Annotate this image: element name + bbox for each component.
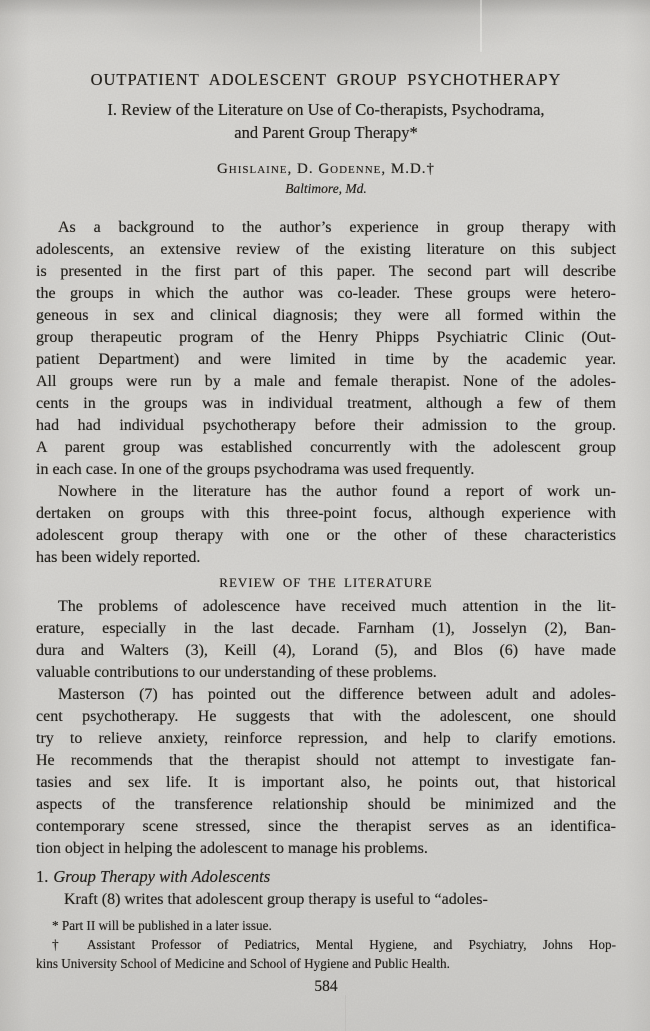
text-line: is presented in the first part of this p… — [36, 261, 616, 283]
text-line: Kraft (8) writes that adolescent group t… — [36, 889, 616, 911]
text-line: * Part II will be published in a later i… — [36, 916, 616, 935]
article-subtitle: I. Review of the Literature on Use of Co… — [36, 98, 616, 144]
article-subtitle-line-1: I. Review of the Literature on Use of Co… — [36, 98, 616, 121]
text-line: try to relieve anxiety, reinforce repres… — [36, 728, 616, 750]
paragraph-focus: Nowhere in the literature has the author… — [36, 481, 616, 569]
subsection-number: 1. — [36, 867, 48, 886]
scan-artifact-line-bottom — [345, 995, 346, 1031]
author-name: Ghislaine, D. Godenne, M.D.† — [36, 160, 616, 178]
footnote-dagger: † Assistant Professor of Pediatrics, Men… — [36, 935, 616, 973]
text-line: erature, especially in the last decade. … — [36, 618, 616, 640]
scanned-journal-page: OUTPATIENT ADOLESCENT GROUP PSYCHOTHERAP… — [0, 0, 650, 1031]
text-line: He recommends that the therapist should … — [36, 750, 616, 772]
text-line: A parent group was established concurren… — [36, 437, 616, 459]
text-line: had had individual psychotherapy before … — [36, 415, 616, 437]
text-line: As a background to the author’s experien… — [36, 217, 616, 239]
text-line: cents in the groups was in individual tr… — [36, 393, 616, 415]
text-line: aspects of the transference relationship… — [36, 794, 616, 816]
article-title: OUTPATIENT ADOLESCENT GROUP PSYCHOTHERAP… — [36, 70, 616, 90]
text-line: adolescent group therapy with one or the… — [36, 525, 616, 547]
text-line: valuable contributions to our understand… — [36, 662, 616, 684]
text-line: patient Department) and were limited in … — [36, 349, 616, 371]
footnotes-block: * Part II will be published in a later i… — [36, 916, 616, 973]
subsection-heading-group-therapy: 1.Group Therapy with Adolescents — [36, 866, 616, 887]
text-line: Nowhere in the literature has the author… — [36, 481, 616, 503]
text-line: tasies and sex life. It is important als… — [36, 772, 616, 794]
paragraph-kraft: Kraft (8) writes that adolescent group t… — [36, 889, 616, 911]
text-line: tion object in helping the adolescent to… — [36, 838, 616, 860]
paragraph-introduction: As a background to the author’s experien… — [36, 217, 616, 481]
section-heading-review-of-literature: REVIEW OF THE LITERATURE — [36, 574, 616, 591]
text-line: kins University School of Medicine and S… — [36, 954, 616, 973]
text-line: adolescents, an extensive review of the … — [36, 239, 616, 261]
text-line: the groups in which the author was co-le… — [36, 283, 616, 305]
text-line: in each case. In one of the groups psych… — [36, 459, 616, 481]
text-line: † Assistant Professor of Pediatrics, Men… — [36, 935, 616, 954]
text-line: group therapeutic program of the Henry P… — [36, 327, 616, 349]
text-line: cent psychotherapy. He suggests that wit… — [36, 706, 616, 728]
subsection-title: Group Therapy with Adolescents — [53, 867, 270, 886]
text-column: OUTPATIENT ADOLESCENT GROUP PSYCHOTHERAP… — [36, 0, 616, 995]
author-location: Baltimore, Md. — [36, 180, 616, 197]
paragraph-masterson: Masterson (7) has pointed out the differ… — [36, 684, 616, 860]
paragraph-literature-overview: The problems of adolescence have receive… — [36, 596, 616, 684]
text-line: contemporary scene stressed, since the t… — [36, 816, 616, 838]
text-line: The problems of adolescence have receive… — [36, 596, 616, 618]
text-line: geneous in sex and clinical diagnosis; t… — [36, 305, 616, 327]
text-line: dertaken on groups with this three-point… — [36, 503, 616, 525]
article-subtitle-line-2: and Parent Group Therapy* — [36, 121, 616, 144]
footnote-asterisk: * Part II will be published in a later i… — [36, 916, 616, 935]
text-line: All groups were run by a male and female… — [36, 371, 616, 393]
text-line: Masterson (7) has pointed out the differ… — [36, 684, 616, 706]
page-number: 584 — [36, 978, 616, 995]
text-line: has been widely reported. — [36, 547, 616, 569]
text-line: dura and Walters (3), Keill (4), Lorand … — [36, 640, 616, 662]
